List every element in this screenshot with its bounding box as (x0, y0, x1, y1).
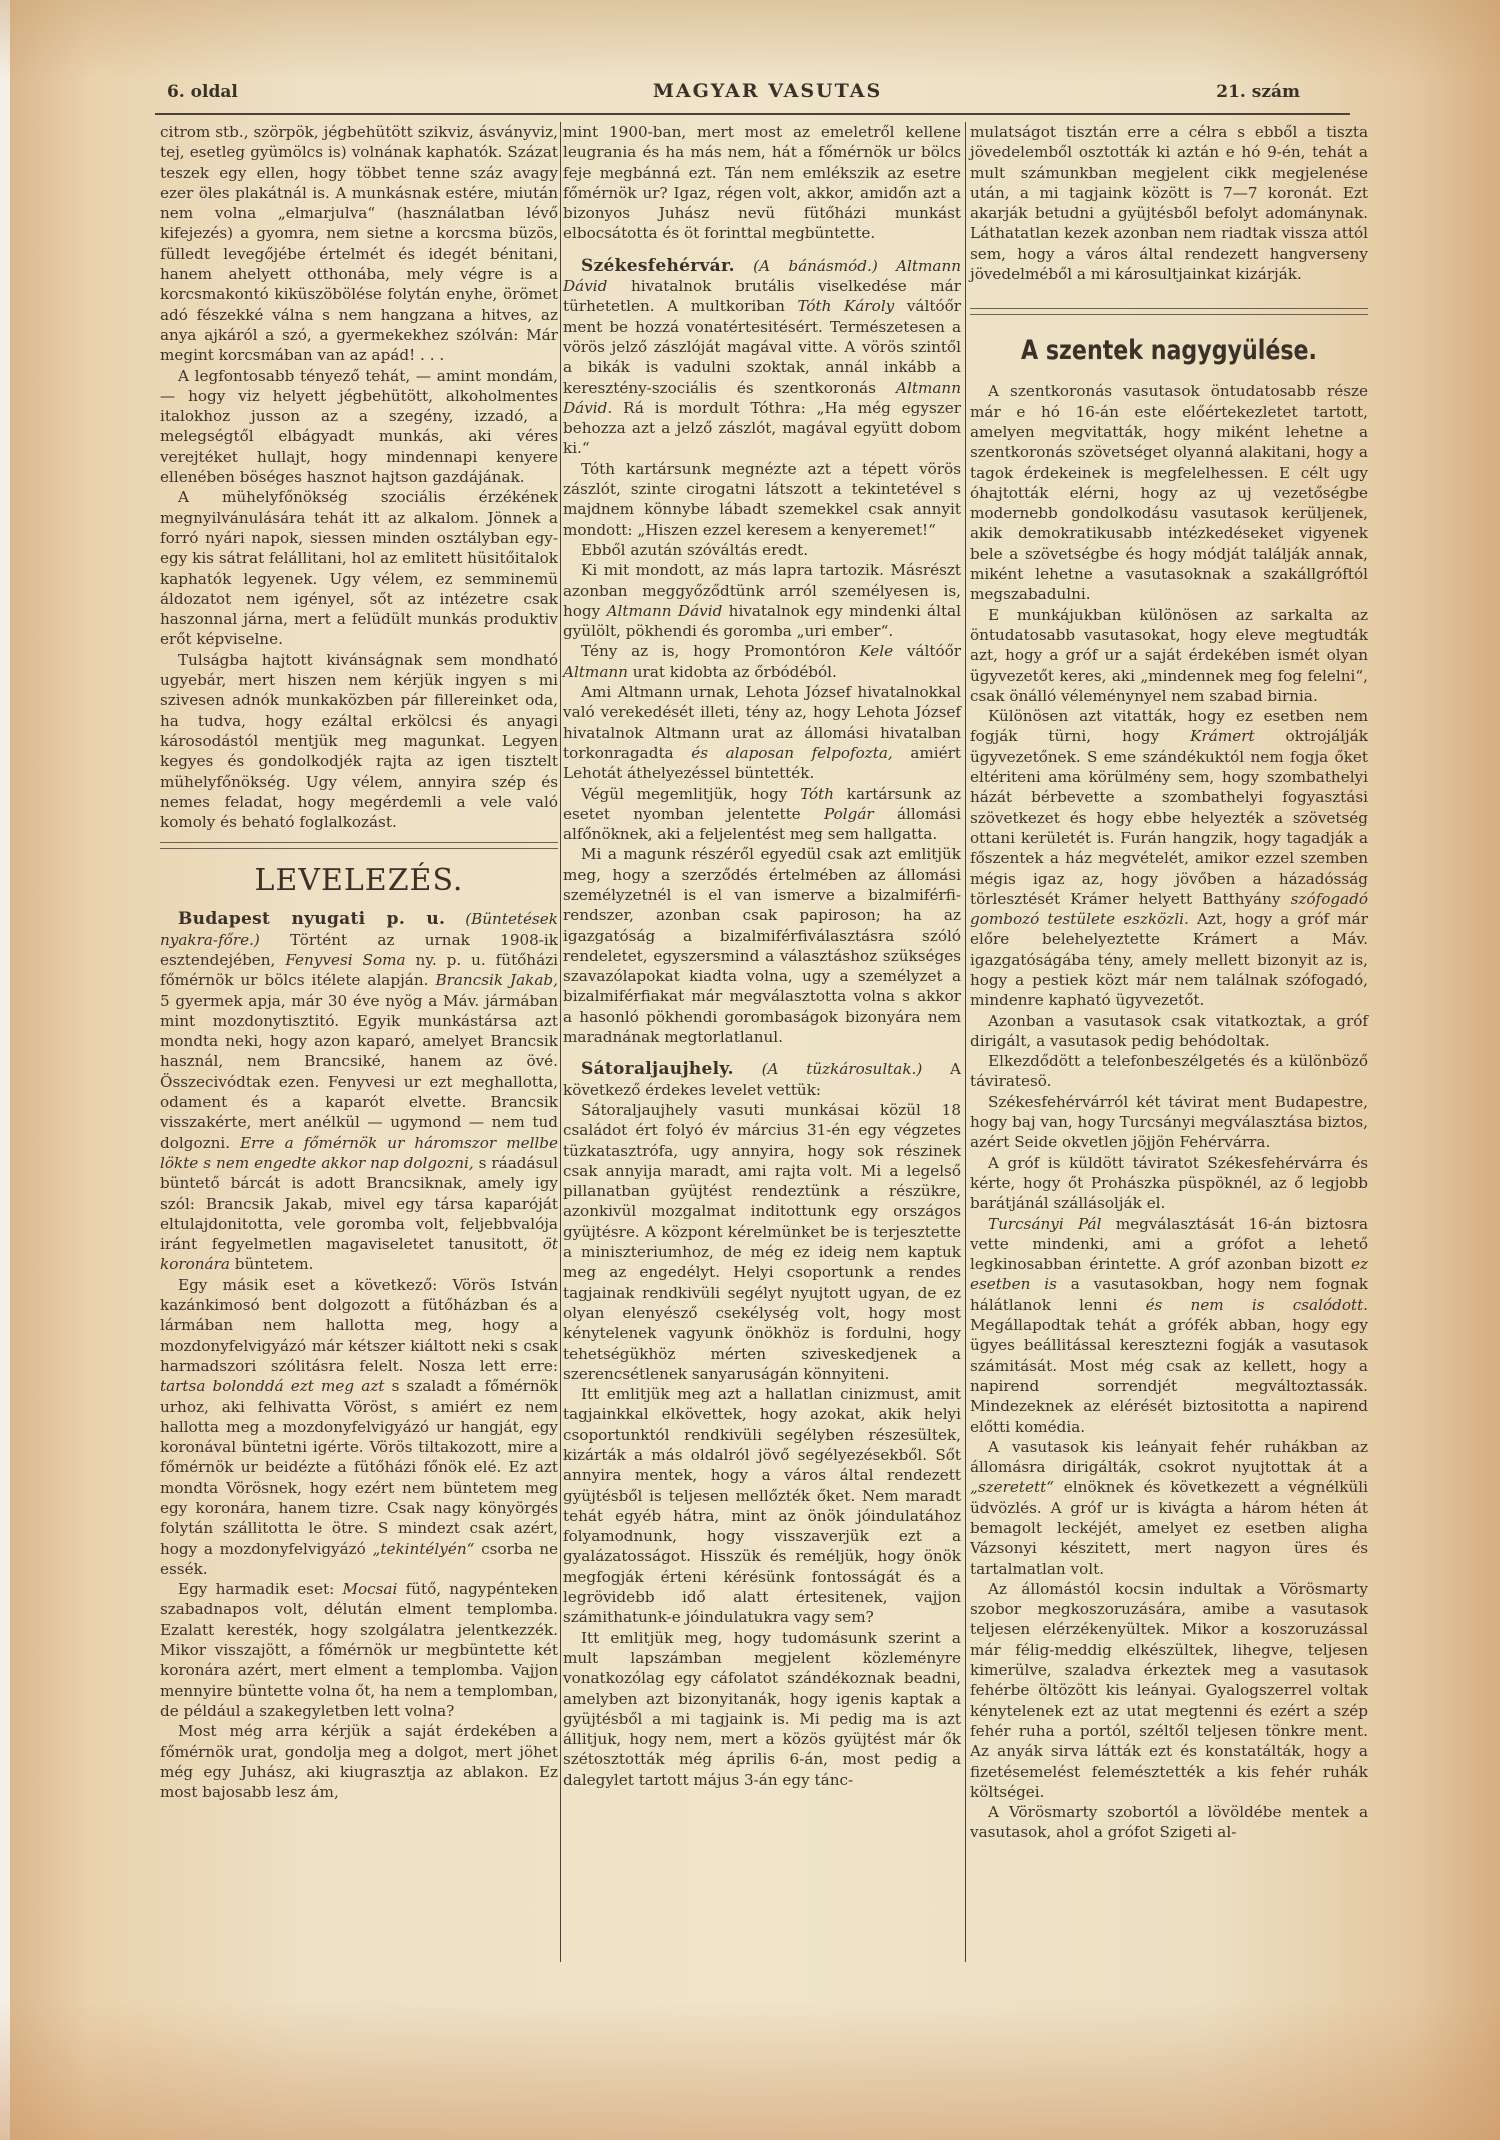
issue-number: 21. szám (1216, 82, 1300, 102)
article-lead: Sátoraljaujhely. (581, 1059, 734, 1079)
paragraph: Mi a magunk részéről egyedül csak azt em… (563, 844, 961, 1047)
column-divider (560, 122, 561, 1962)
paragraph: A gróf is küldött táviratot Székesfehérv… (970, 1153, 1368, 1214)
paragraph: mint 1900-ban, mert most az emeletről ke… (563, 122, 961, 244)
publication-title: MAGYAR VASUTAS (155, 80, 1380, 102)
paragraph: Ebből azután szóváltás eredt. (563, 540, 961, 560)
paragraph: Egy másik eset a következő: Vörös István… (160, 1275, 558, 1579)
page-header: 6. oldal MAGYAR VASUTAS 21. szám (155, 82, 1380, 116)
paragraph: citrom stb., szörpök, jégbehütött szikvi… (160, 122, 558, 366)
paragraph: E munkájukban különösen az sarkalta az ö… (970, 605, 1368, 706)
column-3: mulatságot tisztán erre a célra s ebből … (970, 122, 1368, 1843)
paragraph: Tény az is, hogy Promontóron Kele váltóő… (563, 641, 961, 682)
paragraph: Sátoraljaujhely vasuti munkásai közül 18… (563, 1100, 961, 1384)
paragraph: Székesfehérvárról két távirat ment Budap… (970, 1092, 1368, 1153)
page-shading (0, 0, 1500, 80)
article-lead: Budapest nyugati p. u. (178, 909, 445, 929)
article-szekesfehervar: Székesfehérvár. (A bánásmód.) Altmann Dá… (563, 256, 961, 459)
paragraph: Azonban a vasutasok csak vitatkoztak, a … (970, 1011, 1368, 1052)
paragraph: Egy harmadik eset: Mocsai fütő, nagypént… (160, 1579, 558, 1721)
paragraph: A vasutasok kis leányait fehér ruhákban … (970, 1437, 1368, 1579)
paragraph: Végül megemlitjük, hogy Tóth kartársunk … (563, 784, 961, 845)
paragraph: A legfontosabb tényező tehát, — amint mo… (160, 366, 558, 488)
column-2: mint 1900-ban, mert most az emeletről ke… (563, 122, 961, 1790)
article-subtitle: (A bánásmód.) (753, 257, 878, 275)
paragraph: Az állomástól kocsin indultak a Vörösmar… (970, 1579, 1368, 1802)
paragraph: Ki mit mondott, az más lapra tartozik. M… (563, 560, 961, 641)
column-1: citrom stb., szörpök, jégbehütött szikvi… (160, 122, 558, 1802)
paragraph: A Vörösmarty szobortól a lövöldébe mente… (970, 1802, 1368, 1843)
paragraph: Turcsányi Pál megválasztását 16-án bizto… (970, 1214, 1368, 1437)
paragraph: A mühelyfőnökség szociális érzékének meg… (160, 487, 558, 649)
article-satoraljaujhely: Sátoraljaujhely. (A tüzkárosultak.) A kö… (563, 1059, 961, 1100)
paragraph: Tóth kartársunk megnézte azt a tépett vö… (563, 459, 961, 540)
column-divider (965, 122, 966, 1962)
paragraph: Ami Altmann urnak, Lehota József hivatal… (563, 682, 961, 783)
section-divider (160, 842, 558, 849)
paragraph: Itt emlitjük meg, hogy tudomásunk szerin… (563, 1628, 961, 1790)
paragraph: Tulságba hajtott kivánságnak sem mondhat… (160, 650, 558, 833)
paragraph: Különösen azt vitatták, hogy ez esetben … (970, 706, 1368, 1010)
page-shading (0, 2000, 1500, 2140)
paragraph: Most még arra kérjük a saját érdekében a… (160, 1721, 558, 1802)
article-subtitle: (A tüzkárosultak.) (762, 1060, 923, 1078)
article-budapest: Budapest nyugati p. u. (Büntetések nyakr… (160, 909, 558, 1274)
page-edge (0, 0, 10, 2140)
paragraph: Elkezdődött a telefonbeszélgetés és a kü… (970, 1051, 1368, 1092)
header-rule (155, 113, 1350, 115)
paragraph: Itt emlitjük meg azt a hallatlan cinizmu… (563, 1384, 961, 1628)
section-title-levelezes: LEVELEZÉS. (160, 861, 558, 901)
section-title-szentek: A szentek nagygyülése. (1006, 331, 1332, 371)
section-divider (970, 308, 1368, 315)
paragraph: mulatságot tisztán erre a célra s ebből … (970, 122, 1368, 284)
paragraph: A szentkoronás vasutasok öntudatosabb ré… (970, 381, 1368, 604)
article-lead: Székesfehérvár. (581, 256, 735, 276)
